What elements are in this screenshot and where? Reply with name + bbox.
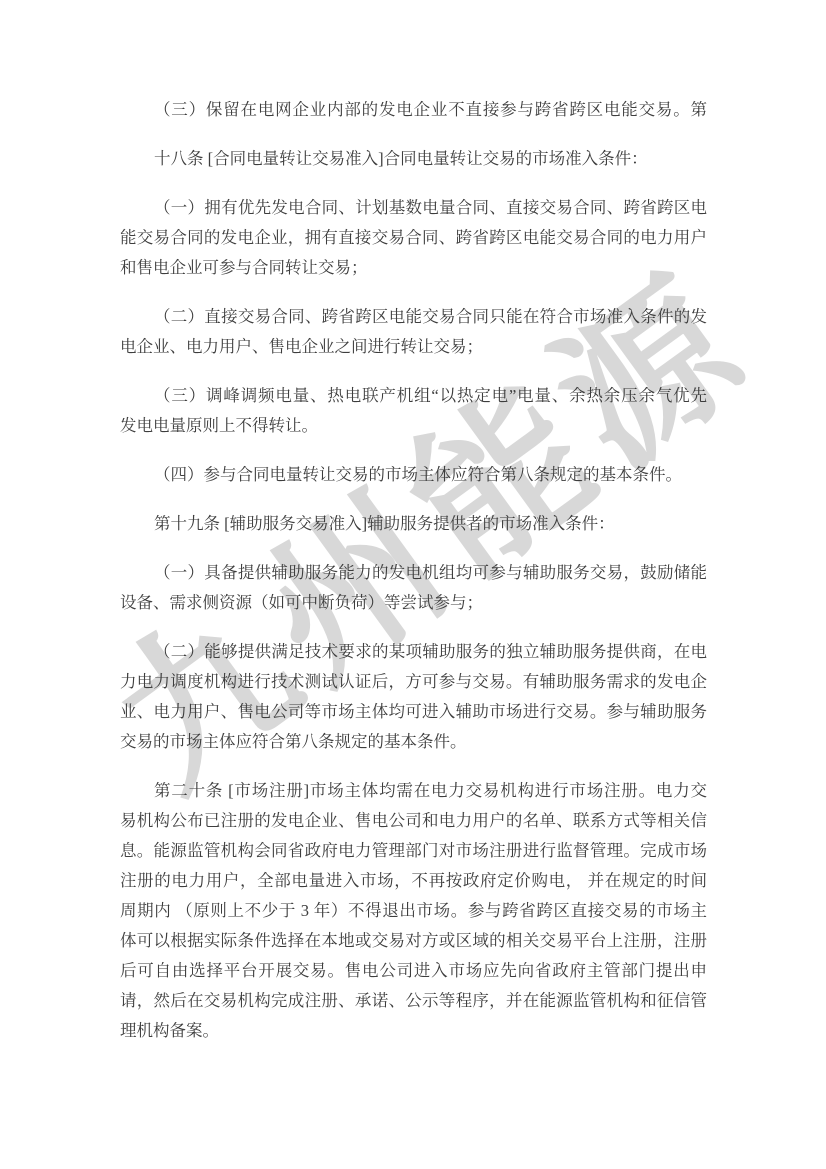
text-line: （一）拥有优先发电合同、计划基数电量合同、直接交易合同、跨省跨区电	[120, 193, 707, 223]
text-line: 和售电企业可参与合同转让交易；	[120, 253, 707, 283]
paragraph: （一）拥有优先发电合同、计划基数电量合同、直接交易合同、跨省跨区电能交易合同的发…	[120, 193, 707, 283]
text-line: 能交易合同的发电企业，拥有直接交易合同、跨省跨区电能交易合同的电力用户	[120, 223, 707, 253]
text-line: 十八条 [合同电量转让交易准入]合同电量转让交易的市场准入条件：	[120, 144, 707, 174]
text-line: 发电电量原则上不得转让。	[120, 411, 707, 441]
text-line: 第十九条 [辅助服务交易准入]辅助服务提供者的市场准入条件：	[120, 509, 707, 539]
paragraph: （四）参与合同电量转让交易的市场主体应符合第八条规定的基本条件。	[120, 460, 707, 490]
paragraph: （一）具备提供辅助服务能力的发电机组均可参与辅助服务交易，鼓励储能设备、需求侧资…	[120, 558, 707, 618]
text-line: 请，然后在交易机构完成注册、承诺、公示等程序，并在能源监管机构和征信管	[120, 986, 707, 1016]
text-line: 设备、需求侧资源（如可中断负荷）等尝试参与；	[120, 588, 707, 618]
text-line: （三）调峰调频电量、热电联产机组“以热定电”电量、余热余压余气优先	[120, 381, 707, 411]
paragraph: （三）保留在电网企业内部的发电企业不直接参与跨省跨区电能交易。第	[120, 95, 707, 125]
text-line: （三）保留在电网企业内部的发电企业不直接参与跨省跨区电能交易。第	[120, 95, 707, 125]
text-line: 第二十条 [市场注册]市场主体均需在电力交易机构进行市场注册。电力交	[120, 776, 707, 806]
text-line: （一）具备提供辅助服务能力的发电机组均可参与辅助服务交易，鼓励储能	[120, 558, 707, 588]
text-line: （二）能够提供满足技术要求的某项辅助服务的独立辅助服务提供商，在电	[120, 637, 707, 667]
paragraph: （二）能够提供满足技术要求的某项辅助服务的独立辅助服务提供商，在电力电力调度机构…	[120, 637, 707, 757]
paragraph: （二）直接交易合同、跨省跨区电能交易合同只能在符合市场准入条件的发电企业、电力用…	[120, 302, 707, 362]
text-line: （四）参与合同电量转让交易的市场主体应符合第八条规定的基本条件。	[120, 460, 707, 490]
text-line: （二）直接交易合同、跨省跨区电能交易合同只能在符合市场准入条件的发	[120, 302, 707, 332]
paragraph: 第十九条 [辅助服务交易准入]辅助服务提供者的市场准入条件：	[120, 509, 707, 539]
paragraph: （三）调峰调频电量、热电联产机组“以热定电”电量、余热余压余气优先发电电量原则上…	[120, 381, 707, 441]
text-line: 交易的市场主体应符合第八条规定的基本条件。	[120, 727, 707, 757]
text-line: 体可以根据实际条件选择在本地或交易对方或区域的相关交易平台上注册，注册	[120, 926, 707, 956]
text-line: 后可自由选择平台开展交易。售电公司进入市场应先向省政府主管部门提出申	[120, 956, 707, 986]
paragraph: 十八条 [合同电量转让交易准入]合同电量转让交易的市场准入条件：	[120, 144, 707, 174]
text-line: 息。能源监管机构会同省政府电力管理部门对市场注册进行监督管理。完成市场	[120, 836, 707, 866]
text-line: 注册的电力用户，全部电量进入市场，不再按政府定价购电， 并在规定的时间	[120, 866, 707, 896]
text-line: 周期内 （原则上不少于 3 年）不得退出市场。参与跨省跨区直接交易的市场主	[120, 896, 707, 926]
text-line: 易机构公布已注册的发电企业、售电公司和电力用户的名单、联系方式等相关信	[120, 806, 707, 836]
text-line: 电企业、电力用户、售电企业之间进行转让交易；	[120, 332, 707, 362]
text-line: 业、电力用户、售电公司等市场主体均可进入辅助市场进行交易。参与辅助服务	[120, 697, 707, 727]
text-line: 力电力调度机构进行技术测试认证后，方可参与交易。有辅助服务需求的发电企	[120, 667, 707, 697]
paragraph: 第二十条 [市场注册]市场主体均需在电力交易机构进行市场注册。电力交易机构公布已…	[120, 776, 707, 1046]
document-content: （三）保留在电网企业内部的发电企业不直接参与跨省跨区电能交易。第十八条 [合同电…	[120, 95, 707, 1065]
document-page: 九州能源 （三）保留在电网企业内部的发电企业不直接参与跨省跨区电能交易。第十八条…	[0, 0, 826, 1169]
text-line: 理机构备案。	[120, 1016, 707, 1046]
